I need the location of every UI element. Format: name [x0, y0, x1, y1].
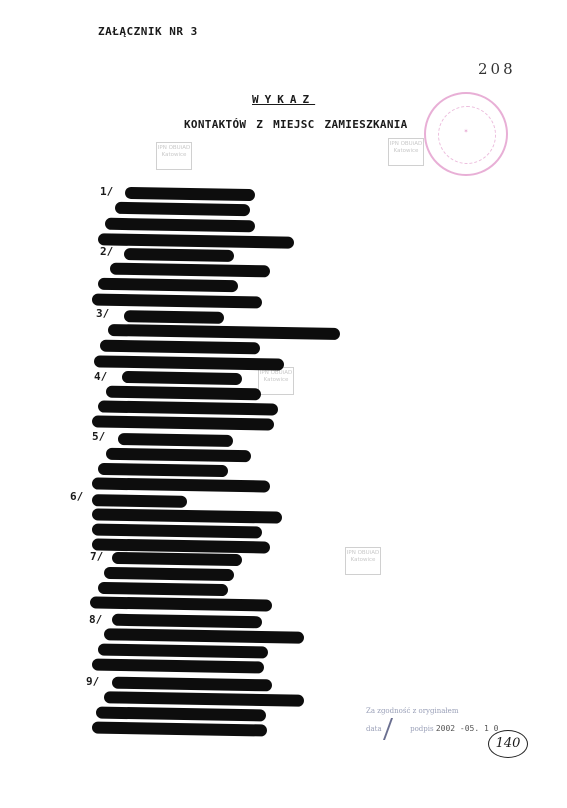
- redaction-bar: [112, 614, 262, 629]
- redaction-bar: [98, 463, 228, 477]
- redaction-bar: [105, 218, 255, 233]
- entry-number: 8/: [89, 613, 102, 626]
- ipn-stamp: IPN OBUiAD Katowice: [156, 142, 192, 170]
- signature-icon: [383, 718, 409, 740]
- entry-number: 5/: [92, 430, 105, 443]
- redaction-bar: [106, 448, 251, 463]
- document-title: WYKAZ: [252, 93, 315, 106]
- entry-number: 3/: [96, 307, 109, 320]
- data-label: data: [366, 725, 382, 733]
- seal-emblem-icon: ✶: [426, 128, 506, 135]
- redaction-bar: [92, 721, 267, 736]
- redaction-bar: [96, 707, 266, 722]
- entry-number: 6/: [70, 490, 83, 503]
- redaction-bar: [90, 596, 272, 611]
- redaction-bar: [112, 677, 272, 692]
- ipn-stamp: IPN OBUiAD Katowice: [388, 138, 424, 166]
- document-subtitle: KONTAKTÓW Z MIEJSC ZAMIESZKANIA: [184, 118, 408, 131]
- redaction-bar: [106, 386, 261, 401]
- entry-number: 2/: [100, 245, 113, 258]
- redaction-bar: [94, 355, 284, 370]
- folio-number: 140: [488, 730, 528, 758]
- certification-line: Za zgodność z oryginałem: [366, 704, 498, 718]
- redaction-bar: [122, 371, 242, 385]
- official-seal: ✶: [424, 92, 508, 176]
- redaction-bar: [115, 202, 250, 216]
- redaction-bar: [92, 294, 262, 309]
- redaction-bar: [98, 278, 238, 292]
- redaction-bar: [104, 567, 234, 581]
- ipn-stamp: IPN OBUiAD Katowice: [345, 547, 381, 575]
- entry-number: 7/: [90, 550, 103, 563]
- redaction-bar: [92, 494, 187, 508]
- redaction-bar: [112, 552, 242, 566]
- redaction-bar: [108, 324, 340, 340]
- certification-stamp: Za zgodność z oryginałem data podpis 200…: [366, 704, 498, 740]
- signature-label: podpis: [410, 725, 434, 733]
- entry-number: 1/: [100, 185, 113, 198]
- redaction-bar: [125, 187, 255, 201]
- redaction-bar: [98, 644, 268, 659]
- redaction-bar: [124, 310, 224, 324]
- redaction-bar: [98, 582, 228, 596]
- redaction-bar: [110, 263, 270, 278]
- redaction-bar: [92, 415, 274, 430]
- entry-number: 9/: [86, 675, 99, 688]
- entry-number: 4/: [94, 370, 107, 383]
- redaction-bar: [118, 433, 233, 447]
- redaction-bar: [98, 400, 278, 415]
- certification-date: 2002 -05. 1 0: [436, 724, 499, 733]
- redaction-bar: [104, 691, 304, 706]
- annex-label: ZAŁĄCZNIK NR 3: [98, 25, 198, 38]
- redaction-bar: [92, 659, 264, 674]
- redaction-bar: [98, 233, 294, 248]
- ipn-stamp: IPN OBUiAD Katowice: [258, 367, 294, 395]
- page-number: 208: [478, 60, 516, 78]
- redaction-bar: [92, 524, 262, 539]
- redaction-bar: [124, 248, 234, 262]
- redaction-bar: [100, 340, 260, 355]
- redaction-bar: [92, 508, 282, 523]
- redaction-bar: [92, 477, 270, 492]
- redaction-bar: [104, 628, 304, 643]
